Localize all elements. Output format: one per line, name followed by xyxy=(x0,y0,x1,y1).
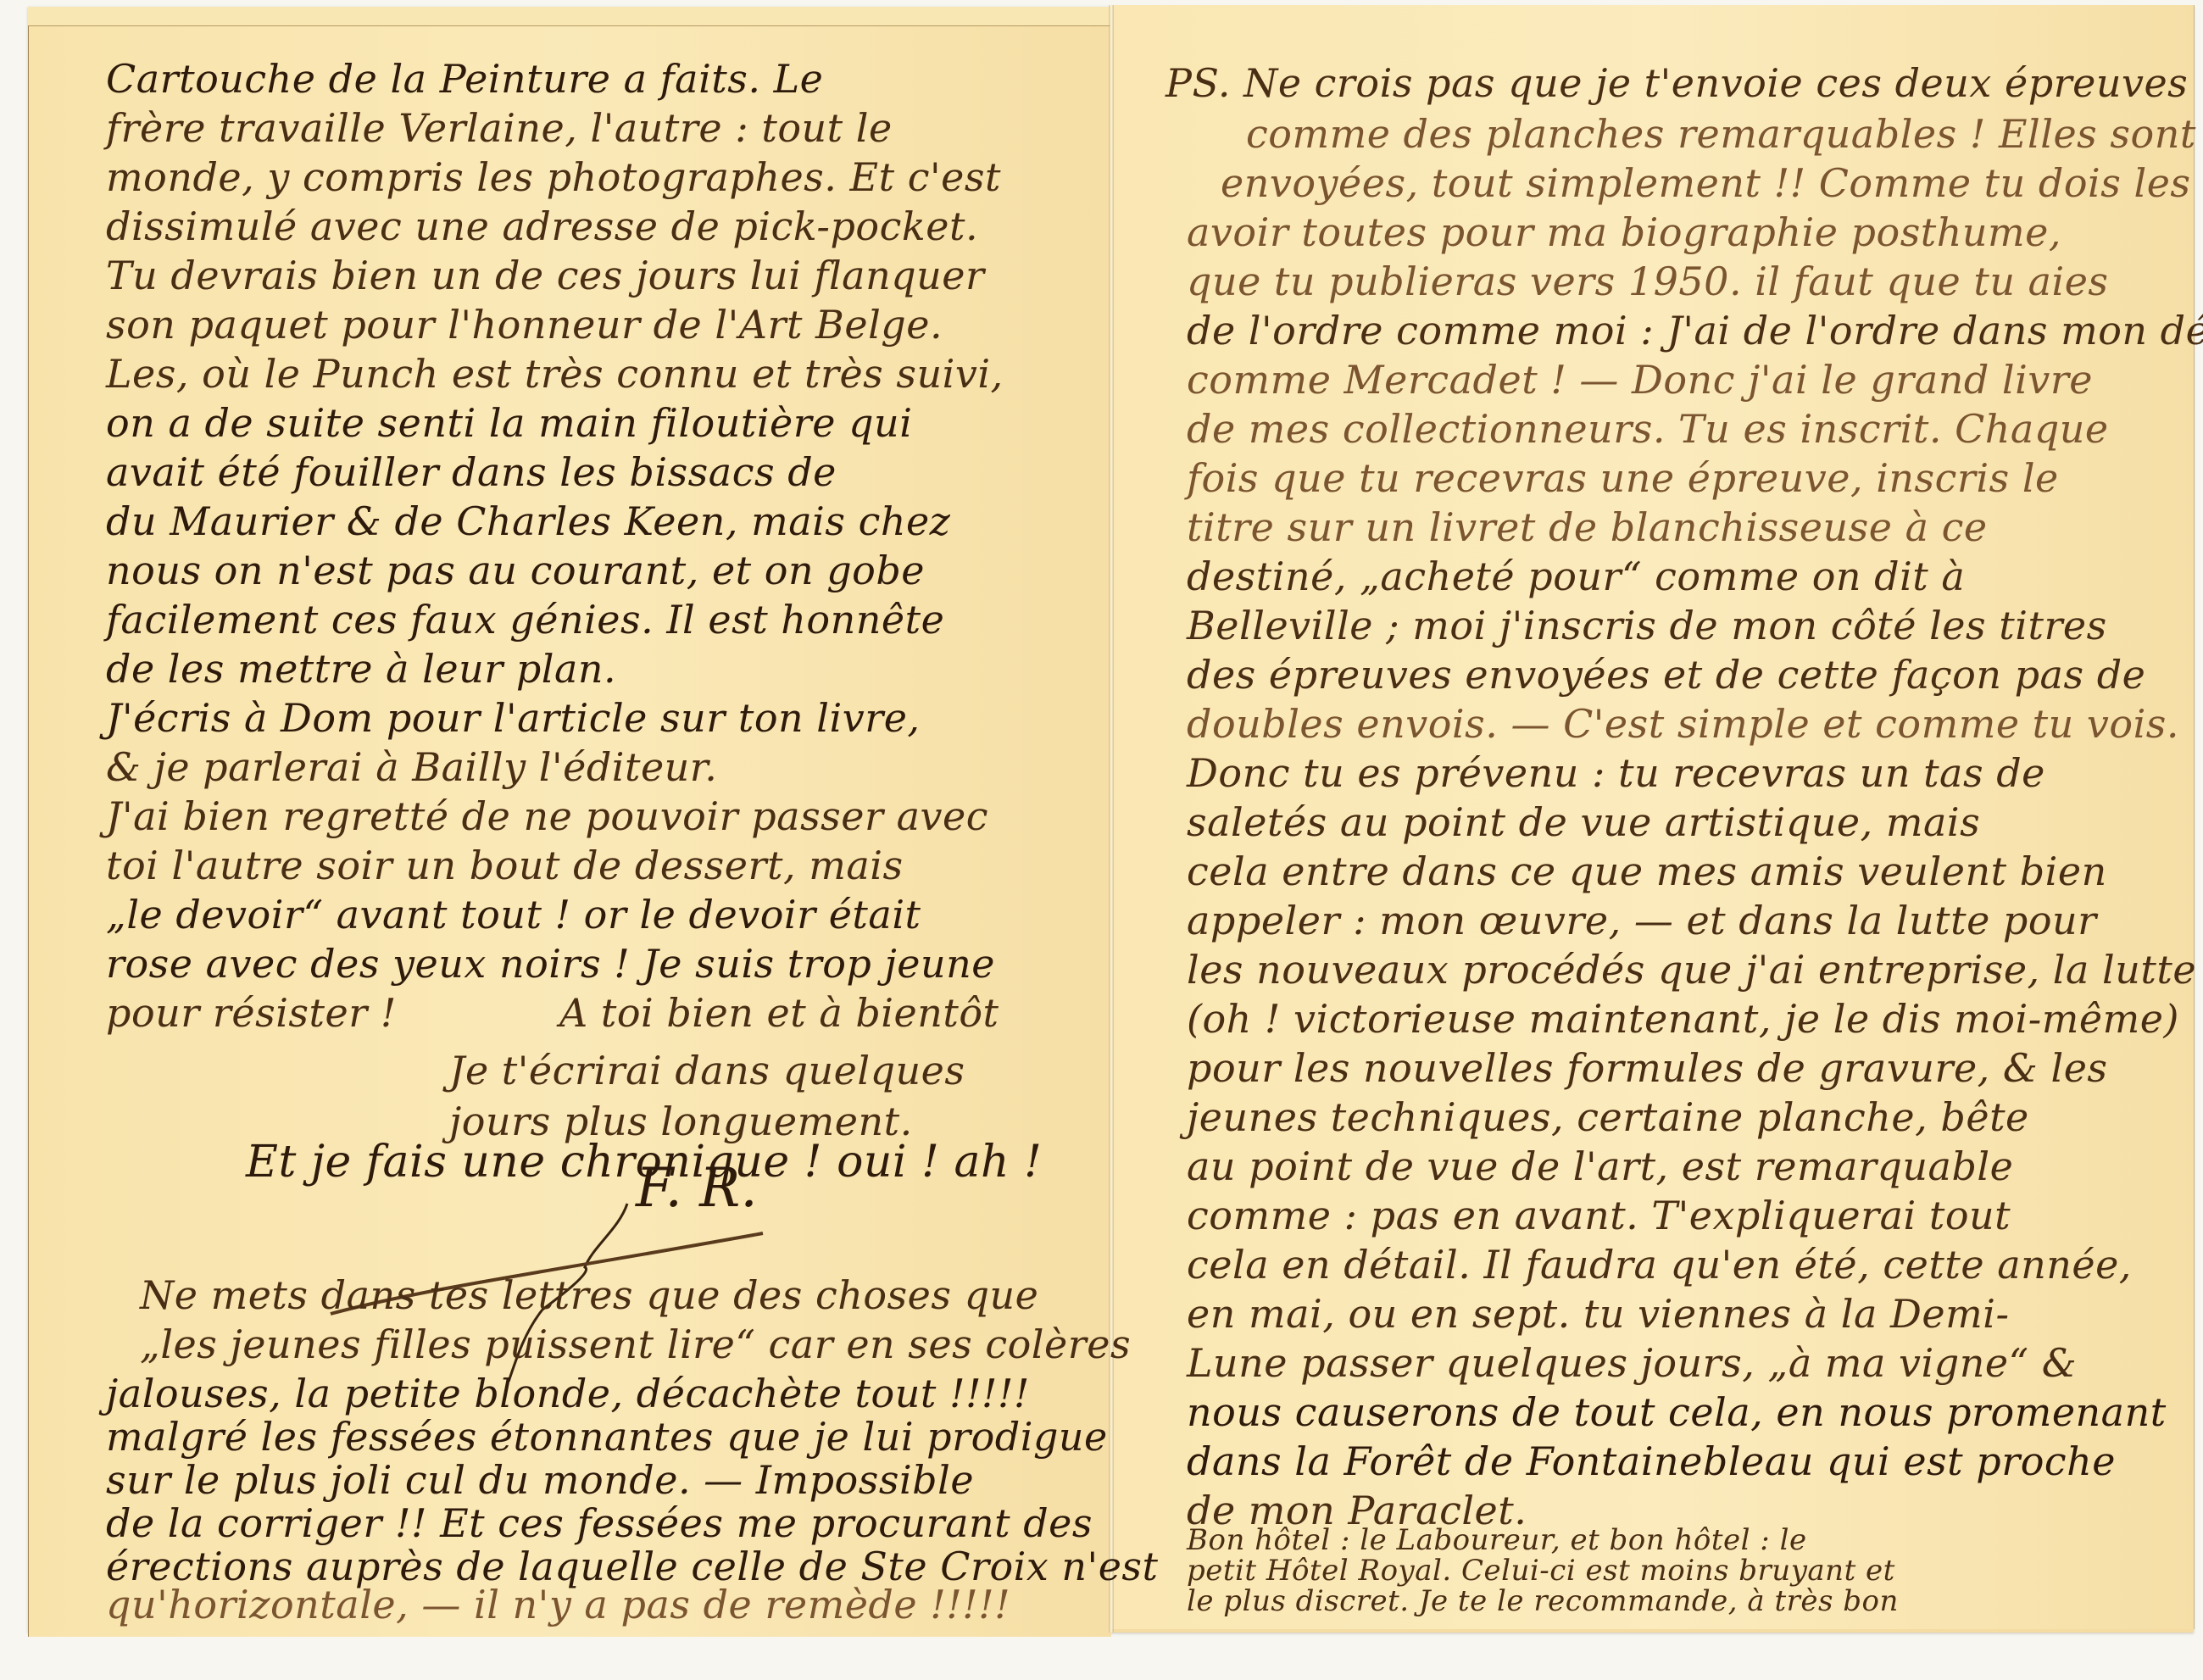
left-line-22: Je t'écrirai dans quelques xyxy=(449,1051,965,1090)
left-line-26: „les jeunes filles puissent lire“ car en… xyxy=(140,1325,1131,1364)
right-line-25: cela en détail. Il faudra qu'en été, cet… xyxy=(1187,1245,2132,1284)
left-line-14: J'écris à Dom pour l'article sur ton liv… xyxy=(106,698,921,737)
right-line-15: Donc tu es prévenu : tu recevras un tas … xyxy=(1187,754,2045,793)
left-line-8: on a de suite senti la main filoutière q… xyxy=(106,403,912,442)
right-line-27: Lune passer quelques jours, „à ma vigne“… xyxy=(1187,1343,2077,1382)
left-line-15: & je parlerai à Bailly l'éditeur. xyxy=(106,748,717,787)
right-line-17: cela entre dans ce que mes amis veulent … xyxy=(1187,852,2107,891)
right-line-14: doubles envois. — C'est simple et comme … xyxy=(1187,704,2179,743)
right-line-3: envoyées, tout simplement !! Comme tu do… xyxy=(1221,164,2191,203)
right-line-22: jeunes techniques, certaine planche, bêt… xyxy=(1187,1098,2029,1137)
left-line-32: qu'horizontale, — il n'y a pas de remède… xyxy=(106,1585,1010,1624)
right-line-8: de mes collectionneurs. Tu es inscrit. C… xyxy=(1187,409,2109,448)
left-line-29: sur le plus joli cul du monde. — Impossi… xyxy=(106,1460,974,1499)
chronique-line: Et je fais une chronique ! oui ! ah ! xyxy=(246,1140,1042,1184)
right-line-32: petit Hôtel Royal. Celui-ci est moins br… xyxy=(1187,1556,1895,1585)
left-line-20: pour résister ! xyxy=(106,993,397,1032)
right-line-28: nous causerons de tout cela, en nous pro… xyxy=(1187,1393,2167,1432)
left-line-28: malgré les fessées étonnantes que je lui… xyxy=(106,1417,1108,1456)
right-line-24: comme : pas en avant. T'expliquerai tout xyxy=(1187,1196,2011,1235)
left-line-31: érections auprès de laquelle celle de St… xyxy=(106,1547,1159,1586)
right-line-18: appeler : mon œuvre, — et dans la lutte … xyxy=(1187,901,2097,940)
right-line-13: des épreuves envoyées et de cette façon … xyxy=(1187,655,2145,694)
right-line-9: fois que tu recevras une épreuve, inscri… xyxy=(1187,459,2059,498)
left-line-27: jalouses, la petite blonde, décachète to… xyxy=(106,1374,1030,1413)
right-line-19: les nouveaux procédés que j'ai entrepris… xyxy=(1187,950,2196,989)
right-line-7: comme Mercadet ! — Donc j'ai le grand li… xyxy=(1187,360,2093,399)
left-line-5: Tu devrais bien un de ces jours lui flan… xyxy=(106,256,985,295)
right-line-16: saletés au point de vue artistique, mais xyxy=(1187,803,1980,842)
right-line-23: au point de vue de l'art, est remarquabl… xyxy=(1187,1147,2013,1186)
right-line-6: de l'ordre comme moi : J'ai de l'ordre d… xyxy=(1187,311,2203,350)
left-line-17: toi l'autre soir un bout de dessert, mai… xyxy=(106,846,904,885)
center-fold xyxy=(1109,5,1114,1633)
right-line-29: dans la Forêt de Fontainebleau qui est p… xyxy=(1187,1442,2116,1481)
right-line-20: (oh ! victorieuse maintenant, je le dis … xyxy=(1187,999,2179,1038)
closing-line: A toi bien et à bientôt xyxy=(559,993,999,1032)
left-line-1: Cartouche de la Peinture a faits. Le xyxy=(106,59,823,98)
left-line-9: avait été fouiller dans les bissacs de xyxy=(106,453,837,492)
left-line-12: facilement ces faux génies. Il est honnê… xyxy=(106,600,944,639)
right-line-5: que tu publieras vers 1950. il faut que … xyxy=(1187,262,2109,301)
right-line-1: PS. Ne crois pas que je t'envoie ces deu… xyxy=(1165,64,2188,103)
right-line-31: Bon hôtel : le Laboureur, et bon hôtel :… xyxy=(1187,1526,1807,1555)
right-line-2: comme des planches remarquables ! Elles … xyxy=(1246,114,2196,153)
left-line-13: de les mettre à leur plan. xyxy=(106,649,616,688)
left-line-10: du Maurier & de Charles Keen, mais chez xyxy=(106,502,950,541)
left-line-4: dissimulé avec une adresse de pick-pocke… xyxy=(106,207,978,246)
right-line-12: Belleville ; moi j'inscris de mon côté l… xyxy=(1187,606,2107,645)
left-line-16: J'ai bien regretté de ne pouvoir passer … xyxy=(106,797,988,836)
right-line-21: pour les nouvelles formules de gravure, … xyxy=(1187,1049,2108,1088)
left-line-6: son paquet pour l'honneur de l'Art Belge… xyxy=(106,305,943,344)
right-line-26: en mai, ou en sept. tu viennes à la Demi… xyxy=(1187,1294,2010,1333)
left-line-30: de la corriger !! Et ces fessées me proc… xyxy=(106,1504,1093,1543)
left-line-11: nous on n'est pas au courant, et on gobe xyxy=(106,551,925,590)
right-line-10: titre sur un livret de blanchisseuse à c… xyxy=(1187,508,1988,547)
left-line-18: „le devoir“ avant tout ! or le devoir ét… xyxy=(106,895,921,934)
left-line-3: monde, y compris les photographes. Et c'… xyxy=(106,158,1001,197)
right-line-33: le plus discret. Je te le recommande, à … xyxy=(1187,1587,1899,1616)
left-line-19: rose avec des yeux noirs ! Je suis trop … xyxy=(106,944,995,983)
right-line-4: avoir toutes pour ma biographie posthume… xyxy=(1187,213,2061,252)
left-line-25: Ne mets dans tes lettres que des choses … xyxy=(140,1276,1038,1315)
left-line-2: frère travaille Verlaine, l'autre : tout… xyxy=(106,108,893,147)
left-line-7: Les, où le Punch est très connu et très … xyxy=(106,354,1004,393)
right-line-11: destiné, „acheté pour“ comme on dit à xyxy=(1187,557,1965,596)
